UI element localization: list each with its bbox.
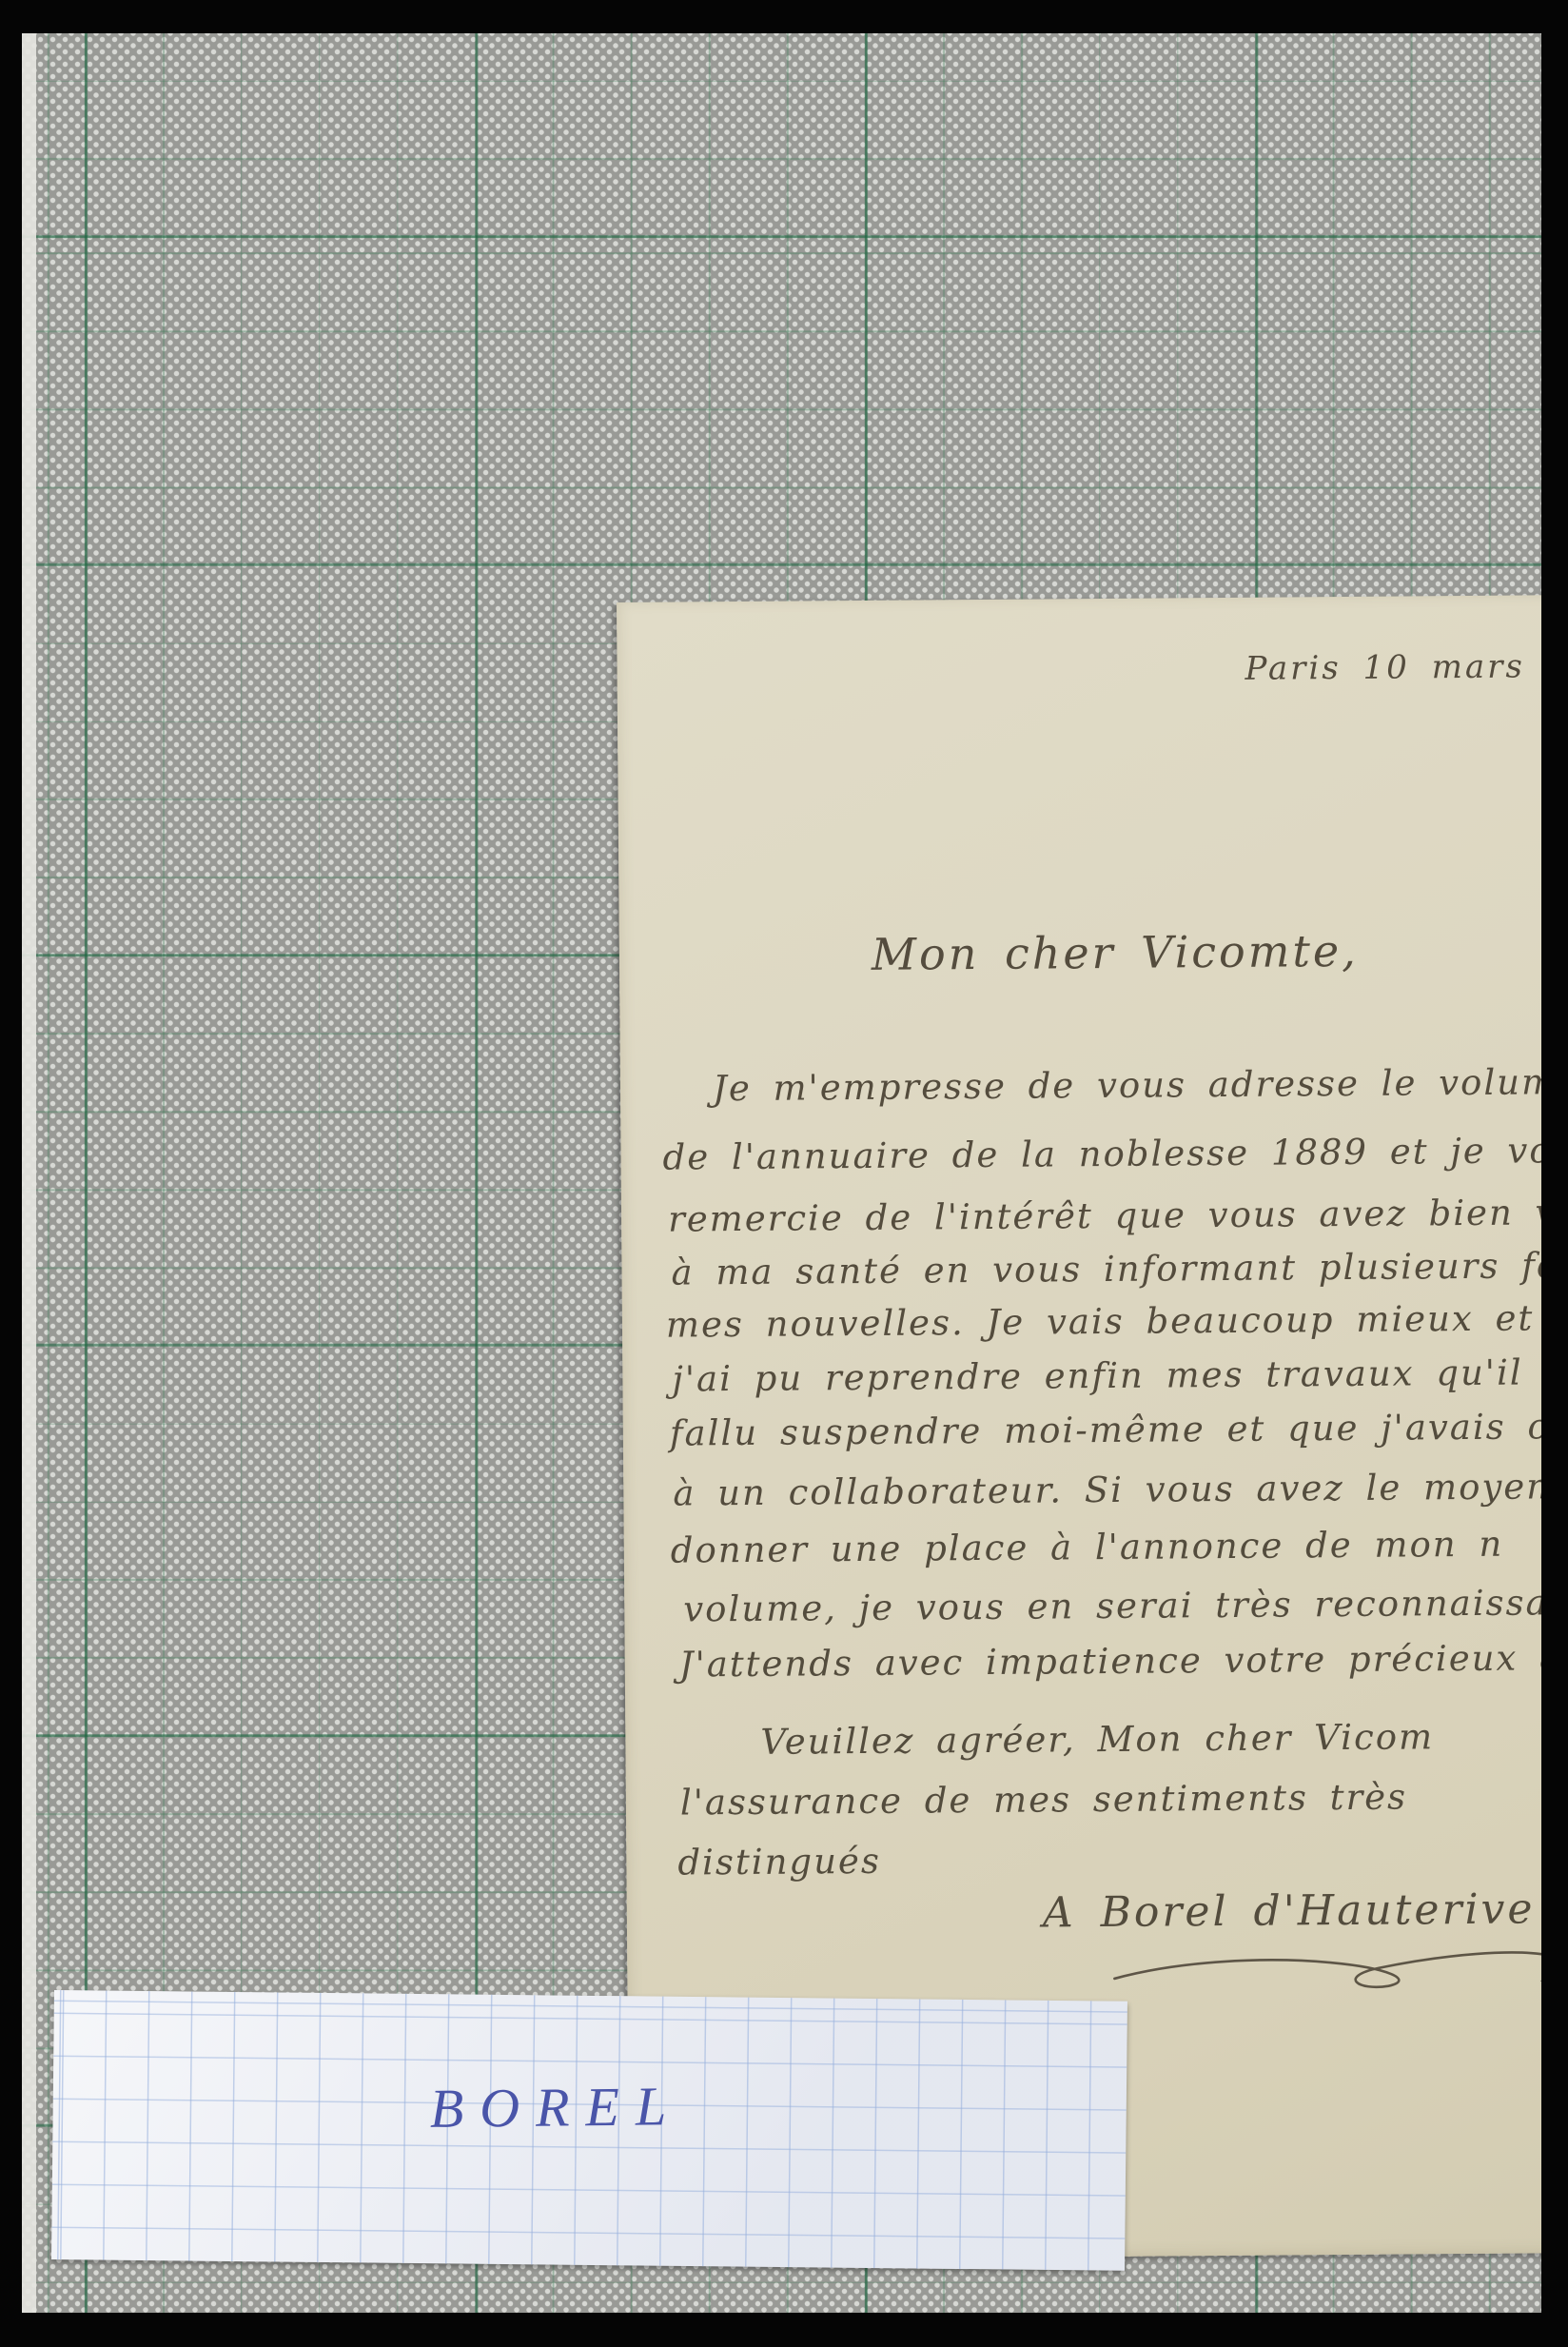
- letter-line: à ma santé en vous informant plusieurs f…: [671, 1245, 1568, 1293]
- letter-date: Paris 10 mars 18: [1245, 647, 1568, 688]
- letter-line: Veuillez agréer, Mon cher Vicom: [760, 1716, 1434, 1763]
- letter-line: de l'annuaire de la noblesse 1889 et je …: [662, 1130, 1568, 1178]
- letter-line: volume, je vous en serai très reconnaiss…: [683, 1582, 1568, 1629]
- letter-line: j'ai pu reprendre enfin mes travaux qu'i…: [672, 1351, 1568, 1400]
- photo-frame-right: [1541, 0, 1568, 2347]
- letter-line: à un collaborateur. Si vous avez le moye…: [673, 1466, 1568, 1514]
- letter-line: remercie de l'intérêt que vous avez bien…: [668, 1191, 1568, 1239]
- photo-frame-top: [0, 0, 1568, 33]
- letter-line: l'assurance de mes sentiments très: [680, 1777, 1408, 1824]
- letter-salutation: Mon cher Vicomte,: [872, 925, 1359, 980]
- letter-line: Je m'empresse de vous adresse le volume: [713, 1061, 1568, 1109]
- letter-line: fallu suspendre moi-même et que j'avais …: [670, 1406, 1568, 1454]
- label-name-text: BOREL: [429, 2074, 682, 2140]
- signature-flourish: [1103, 1935, 1568, 1998]
- photo-of-letter: Paris 10 mars 18 Mon cher Vicomte, Je m'…: [0, 0, 1568, 2347]
- photo-frame-left: [0, 0, 22, 2347]
- letter-line: donner une place à l'annonce de mon n: [671, 1524, 1504, 1571]
- letter-line: J'attends avec impatience votre précieux…: [679, 1637, 1568, 1685]
- letter-line: distingués: [677, 1841, 881, 1884]
- name-label: BOREL: [51, 1990, 1127, 2271]
- photo-frame-bottom: [0, 2313, 1568, 2347]
- letter-signature: A Borel d'Hauterive: [1043, 1884, 1536, 1937]
- letter-line: mes nouvelles. Je vais beaucoup mieux et: [666, 1297, 1535, 1345]
- album-page-edge: [22, 33, 36, 2313]
